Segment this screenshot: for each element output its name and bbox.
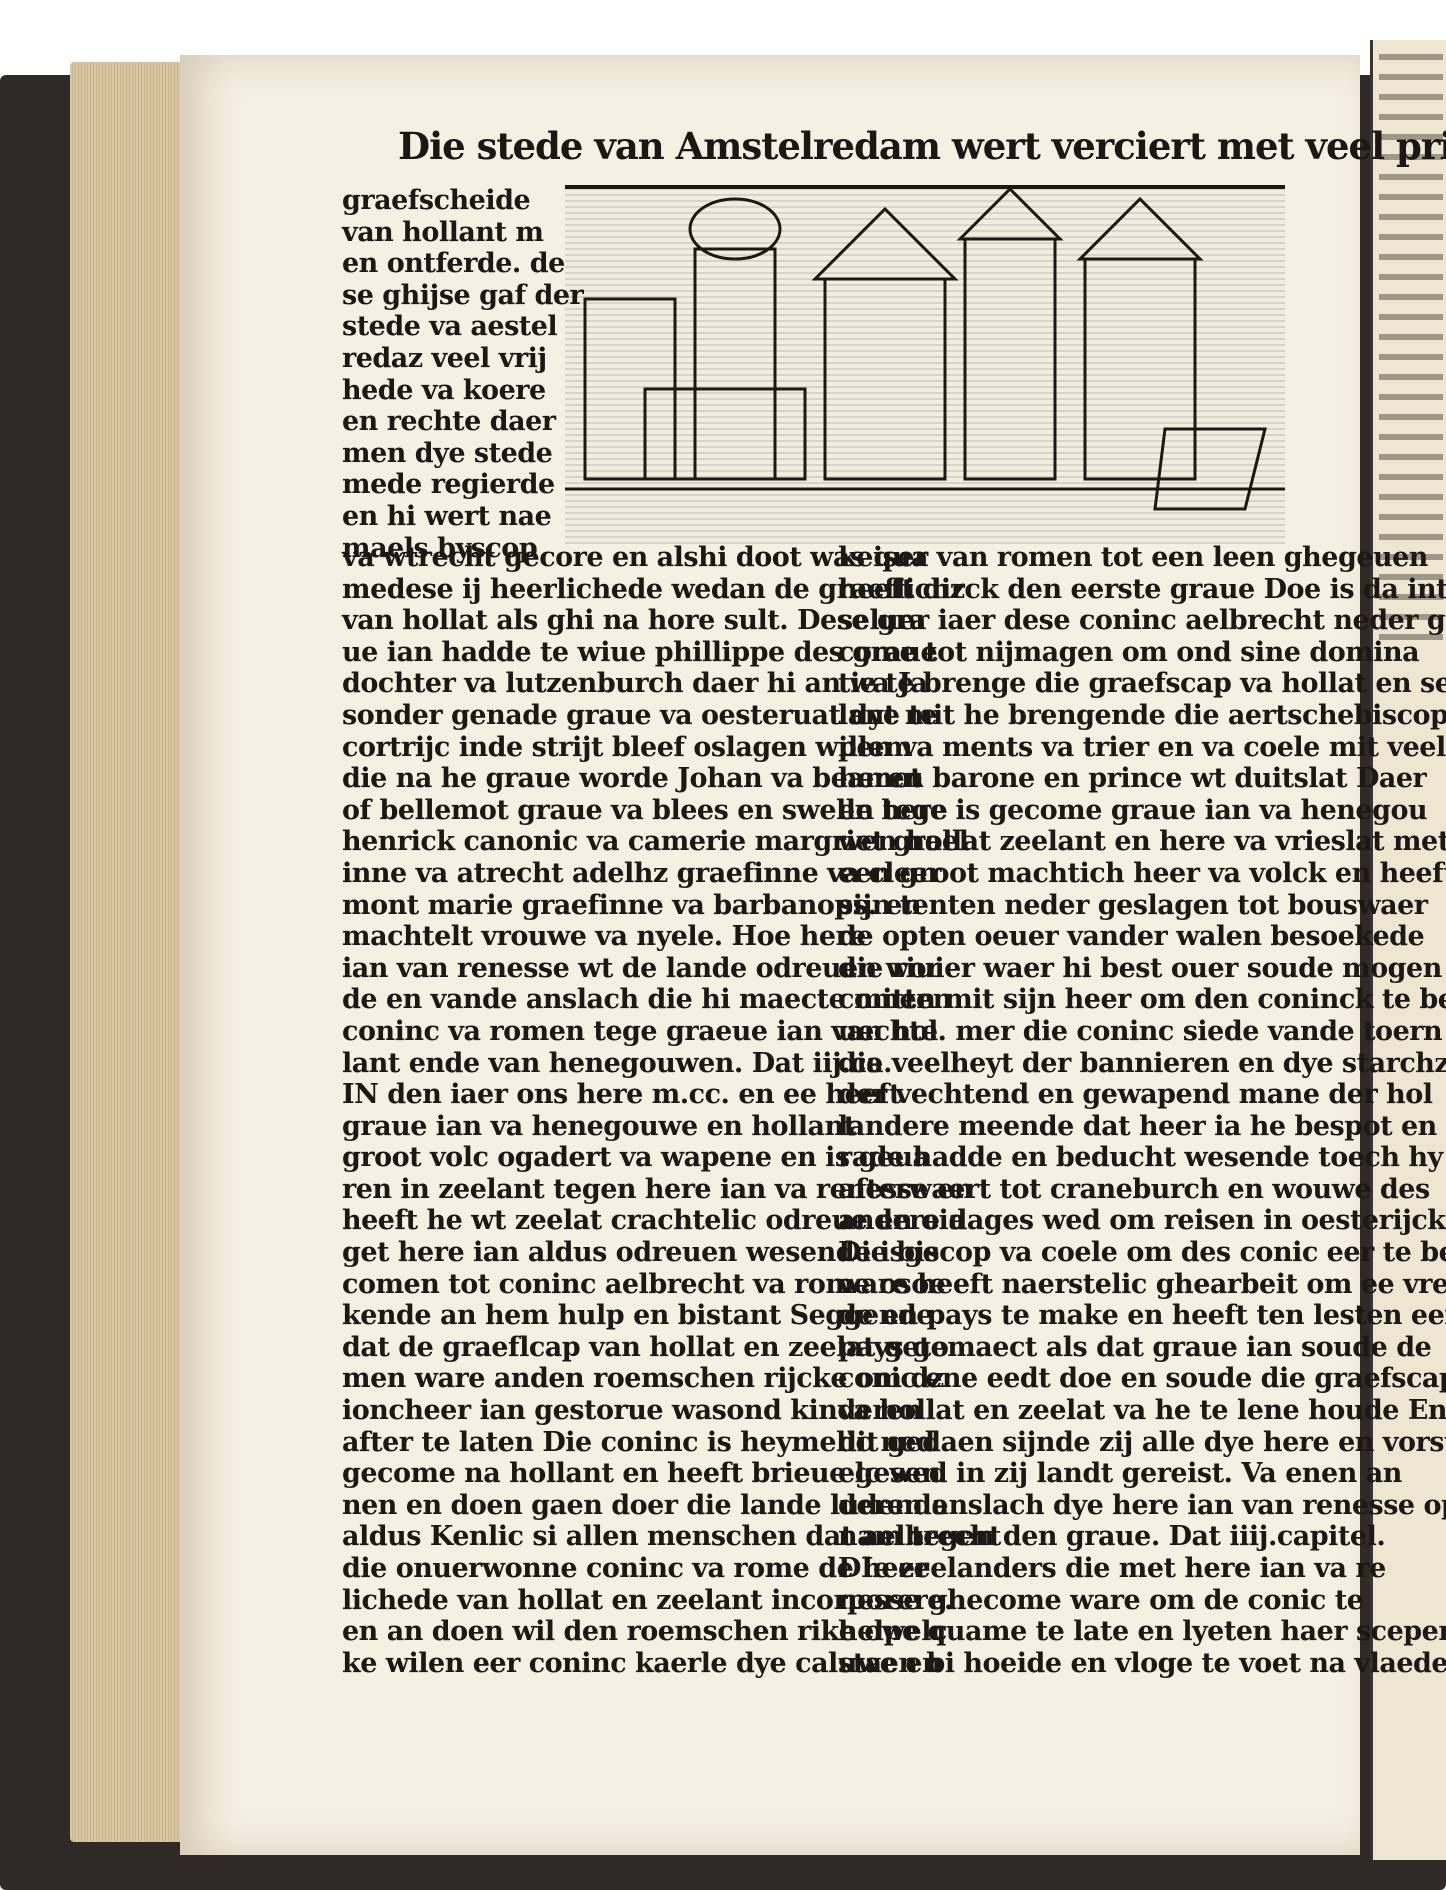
text-line: seluer iaer dese coninc aelbrecht neder … bbox=[838, 605, 1446, 637]
text-line: tie te brenge die graefscap va hollat en… bbox=[838, 668, 1446, 700]
text-line: die riuier waer hi best ouer soude mogen bbox=[838, 953, 1446, 985]
text-line: come tot nijmagen om ond sine domina bbox=[838, 637, 1446, 669]
text-line: andere dages wed om reisen in oesterijck bbox=[838, 1205, 1446, 1237]
text-line: sijn tenten neder geslagen tot bouswaer bbox=[838, 890, 1446, 922]
text-line: de opten oeuer vander walen besoekede bbox=[838, 921, 1446, 953]
text-line: uechte. mer die coninc siede vande toern bbox=[838, 1016, 1446, 1048]
text-line: stede va aestel bbox=[342, 311, 583, 343]
text-line: mede regierde bbox=[342, 469, 583, 501]
text-line: en tege is gecome graue ian va henegou bbox=[838, 795, 1446, 827]
text-line: landere meende dat heer ia he bespot en … bbox=[838, 1111, 1446, 1143]
text-line: nam tegen den graue. Dat iiij.capitel. bbox=[838, 1521, 1446, 1553]
text-line: nesse ghecome ware om de conic te bbox=[838, 1585, 1446, 1617]
text-line: pays gemaect als dat graue ian soude de bbox=[838, 1332, 1446, 1364]
text-line: afterwaert tot craneburch en wouwe des bbox=[838, 1174, 1446, 1206]
text-line: conic ene eedt doe en soude die graefsca… bbox=[838, 1363, 1446, 1395]
text-line: deren anslach dye here ian van renesse o… bbox=[838, 1490, 1446, 1522]
text-line: heeft dirck den eerste graue Doe is da i… bbox=[838, 574, 1446, 606]
text-line: de en pays te make en heeft ten lesten e… bbox=[838, 1300, 1446, 1332]
text-line: staen bi hoeide en vloge te voet na vlae… bbox=[838, 1648, 1446, 1680]
text-line: een groot machtich heer va volck en heef… bbox=[838, 858, 1446, 890]
text-line: comen mit sijn heer om den coninck te be bbox=[838, 984, 1446, 1016]
text-line: Die biscop va coele om des conic eer te … bbox=[838, 1237, 1446, 1269]
text-line: keiser van romen tot een leen ghegeuen bbox=[838, 542, 1446, 574]
castle-icon bbox=[565, 189, 1285, 544]
text-line: hede va koere bbox=[342, 375, 583, 407]
text-line: en ontferde. de bbox=[342, 248, 583, 280]
text-line: redaz veel vrij bbox=[342, 343, 583, 375]
text-line: der vechtend en gewapend mane der hol bbox=[838, 1079, 1446, 1111]
text-line: heren barone en prince wt duitslat Daer bbox=[838, 763, 1446, 795]
text-line: elc wed in zij landt gereist. Va enen an bbox=[838, 1458, 1446, 1490]
text-line: men dye stede bbox=[342, 438, 583, 470]
text-line: se ghijse gaf der bbox=[342, 280, 583, 312]
text-line: die veelheyt der bannieren en dye starch… bbox=[838, 1048, 1446, 1080]
text-line: rade hadde en beducht wesende toech hy bbox=[838, 1142, 1446, 1174]
text-line: en hi wert nae bbox=[342, 501, 583, 533]
text-line: ware heeft naerstelic ghearbeit om ee vr… bbox=[838, 1269, 1446, 1301]
text-line: van hollant m bbox=[342, 217, 583, 249]
woodcut-illustration bbox=[565, 185, 1285, 544]
text-line: DIe zeelanders die met here ian va re bbox=[838, 1553, 1446, 1585]
text-line: pen va ments va trier en va coele mit ve… bbox=[838, 732, 1446, 764]
text-line: lant mit he brengende die aertschebiscop bbox=[838, 700, 1446, 732]
text-column-narrow: graefscheide van hollant m en ontferde. … bbox=[342, 185, 583, 564]
text-line: graefscheide bbox=[342, 185, 583, 217]
text-line: va hollat en zeelat va he te lene houde … bbox=[838, 1395, 1446, 1427]
text-line: helpe quame te late en lyeten haer scepe… bbox=[838, 1616, 1446, 1648]
text-line: wen hollat zeelant en here va vrieslat m… bbox=[838, 826, 1446, 858]
text-line: dit gedaen sijnde zij alle dye here en v… bbox=[838, 1427, 1446, 1459]
text-line: en rechte daer bbox=[342, 406, 583, 438]
text-column-right: keiser van romen tot een leen ghegeuenhe… bbox=[838, 542, 1446, 1679]
running-heading: Die stede van Amstelredam wert verciert … bbox=[398, 124, 1446, 168]
